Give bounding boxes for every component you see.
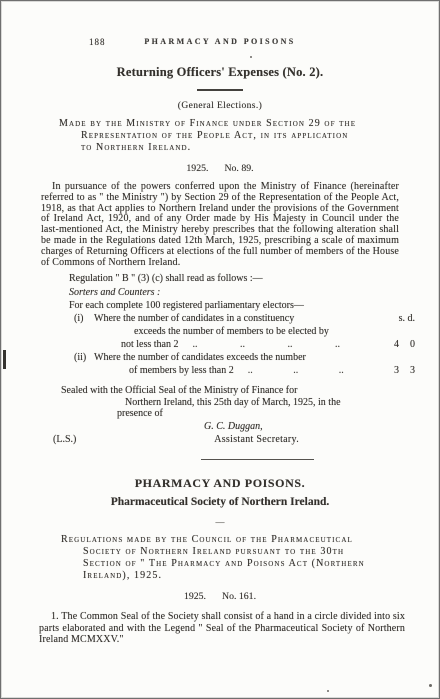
amount-shillings: 3	[381, 365, 399, 376]
regulations-subheading: Pharmaceutical Society of Northern Irela…	[1, 496, 439, 508]
regulations-number: No. 161.	[222, 591, 256, 602]
fee-item-text: not less than 2	[121, 339, 179, 350]
fee-item-row: of members by less than 2 .. .. .. 3 3	[94, 365, 415, 376]
made-by-line: Section of " The Pharmacy and Poisons Ac…	[61, 558, 417, 570]
fee-schedule: (i) Where the number of candidates in a …	[94, 313, 415, 376]
regulations-year: 1925.	[184, 591, 206, 602]
amount-pence: 3	[399, 365, 415, 376]
seal-mark: (L.S.)	[53, 434, 76, 445]
attestation-row: (L.S.) Assistant Secretary.	[53, 434, 299, 445]
made-by-line: Society of Northern Ireland pursuant to …	[61, 546, 417, 558]
amount-pence: 0	[399, 339, 415, 350]
fee-item-number: (i)	[74, 313, 94, 324]
made-by-line: Regulations made by the Council of the P…	[61, 534, 417, 546]
order-number: No. 89.	[224, 163, 253, 174]
page-header: 188 PHARMACY AND POISONS	[1, 37, 439, 50]
regulations-number-line: 1925.No. 161.	[1, 591, 439, 602]
sealing-line: Sealed with the Official Seal of the Min…	[61, 385, 413, 396]
fee-item-text: of members by less than 2	[129, 365, 234, 376]
sealing-clause: Sealed with the Official Seal of the Min…	[61, 385, 413, 419]
order-year: 1925.	[186, 163, 208, 174]
order-number-line: 1925.No. 89.	[1, 163, 439, 174]
sealing-line: presence of	[61, 408, 413, 419]
order-made-by-block: Made by the Ministry of Finance under Se…	[59, 118, 417, 154]
made-by-line: Ireland), 1925.	[61, 570, 417, 582]
section-divider-rule	[201, 459, 314, 461]
scan-speck	[250, 56, 252, 58]
schedule-heading: Sorters and Counters :	[69, 287, 439, 298]
made-by-line: Made by the Ministry of Finance under Se…	[59, 118, 417, 130]
regulations-made-by-block: Regulations made by the Council of the P…	[61, 534, 417, 582]
dot-leaders: .. .. .. ..	[193, 339, 382, 350]
scan-speck	[429, 684, 432, 687]
fee-item-text: exceeds the number of members to be elec…	[94, 326, 415, 337]
schedule-column-header: s. d.	[381, 313, 415, 324]
page-number: 188	[89, 37, 106, 47]
order-subtitle: (General Elections.)	[1, 101, 439, 111]
order-title: Returning Officers' Expenses (No. 2).	[1, 65, 439, 80]
signature-title: Assistant Secretary.	[214, 434, 299, 445]
dot-leaders: .. .. ..	[248, 365, 381, 376]
order-body-paragraph: In pursuance of the powers conferred upo…	[41, 182, 399, 268]
regulation-amendment-line: Regulation " B " (3) (c) shall read as f…	[69, 273, 439, 284]
fee-item-row: (ii) Where the number of candidates exce…	[94, 352, 415, 363]
fee-item-row: (i) Where the number of candidates in a …	[94, 313, 415, 324]
regulations-body-paragraph: 1. The Common Seal of the Society shall …	[39, 611, 405, 645]
fee-item-number: (ii)	[74, 352, 94, 363]
running-header: PHARMACY AND POISONS	[1, 37, 439, 46]
title-divider-rule	[197, 89, 243, 91]
schedule-intro: For each complete 100 registered parliam…	[69, 300, 439, 311]
scan-speck	[327, 690, 329, 692]
regulations-heading: PHARMACY AND POISONS.	[1, 476, 439, 491]
sealing-line: Northern Ireland, this 25th day of March…	[61, 397, 413, 408]
made-by-line: Representation of the People Act, in its…	[59, 130, 417, 142]
signature: G. C. Duggan,	[204, 421, 439, 432]
fee-item-text: Where the number of candidates in a cons…	[94, 313, 381, 324]
document-page: 188 PHARMACY AND POISONS Returning Offic…	[0, 0, 440, 699]
scan-margin-mark	[3, 350, 6, 369]
fee-item-row: not less than 2 .. .. .. .. 4 0	[94, 339, 415, 350]
amount-shillings: 4	[381, 339, 399, 350]
made-by-line: to Northern Ireland.	[59, 142, 417, 154]
dash-divider: —	[1, 517, 439, 527]
fee-item-text: Where the number of candidates exceeds t…	[94, 352, 415, 363]
